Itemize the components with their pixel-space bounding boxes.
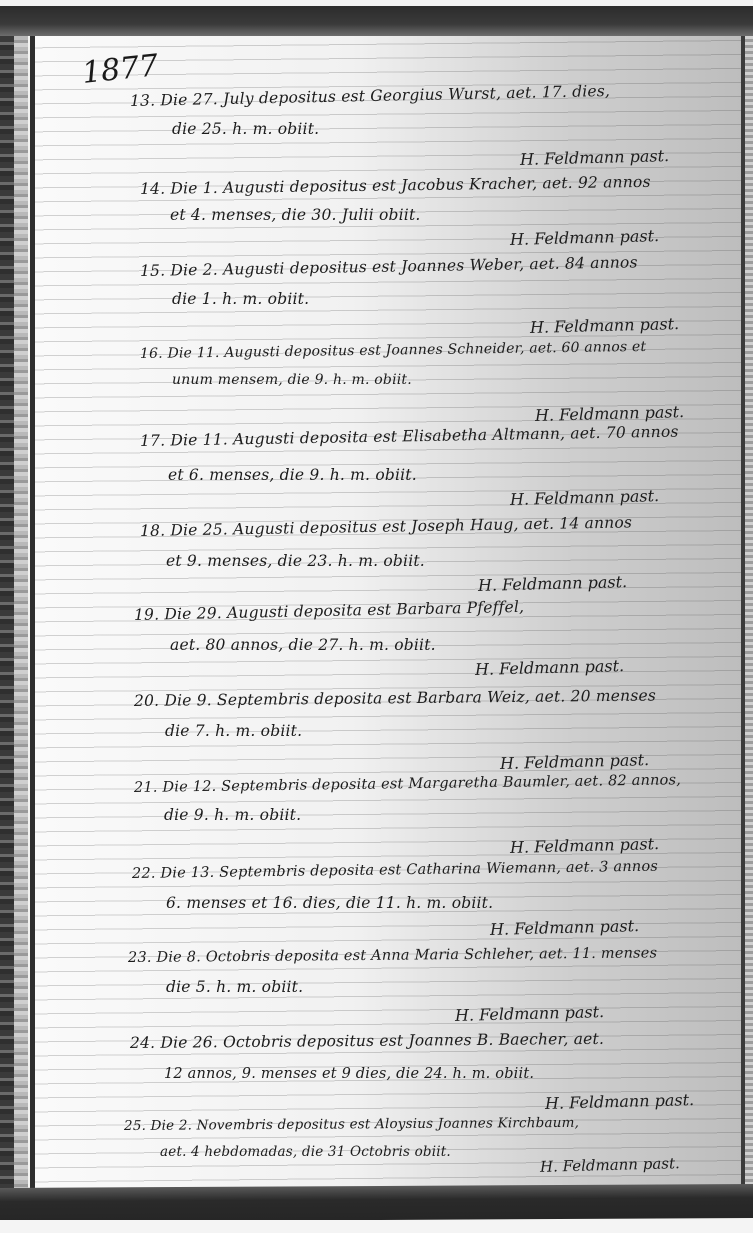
pastor-signature: H. Feldmann past.	[545, 1090, 695, 1113]
pastor-signature: H. Feldmann past.	[510, 226, 660, 249]
pastor-signature: H. Feldmann past.	[510, 486, 660, 509]
entry-line-2: 6. menses et 16. dies, die 11. h. m. obi…	[166, 894, 493, 912]
pastor-signature: H. Feldmann past.	[535, 402, 685, 425]
binding-strip	[0, 36, 14, 1196]
entry-number: 22.	[132, 866, 156, 882]
entry-line-2: 12 annos, 9. menses et 9 dies, die 24. h…	[164, 1066, 534, 1082]
entry-number: 15.	[140, 262, 166, 280]
entry-line-2: et 4. menses, die 30. Julii obiit.	[170, 206, 421, 224]
entry-line-2: et 6. menses, die 9. h. m. obiit.	[168, 466, 417, 484]
pastor-signature: H. Feldmann past.	[510, 834, 660, 857]
right-page-edge	[745, 36, 753, 1196]
scan-bottom-margin	[0, 1220, 753, 1233]
entry-line-2: die 5. h. m. obiit.	[166, 978, 303, 996]
entry-number: 13.	[130, 91, 156, 110]
pastor-signature: H. Feldmann past.	[455, 1002, 605, 1025]
entry-line-2: die 9. h. m. obiit.	[164, 806, 301, 824]
scan-top-border	[0, 6, 753, 36]
entry-line-2: unum mensem, die 9. h. m. obiit.	[172, 372, 412, 388]
binding-edge	[14, 36, 28, 1196]
pastor-signature: H. Feldmann past.	[500, 750, 650, 773]
entry-number: 23.	[128, 950, 152, 966]
pastor-signature: H. Feldmann past.	[475, 656, 625, 679]
entry-line-2: aet. 80 annos, die 27. h. m. obiit.	[170, 636, 436, 654]
entry-number: 19.	[134, 605, 160, 624]
pastor-signature: H. Feldmann past.	[530, 314, 680, 337]
entry-number: 20.	[134, 692, 159, 710]
pastor-signature: H. Feldmann past.	[478, 572, 628, 595]
pastor-signature: H. Feldmann past.	[490, 916, 640, 939]
entry-number: 16.	[140, 346, 163, 362]
entry-number: 14.	[140, 180, 166, 198]
entry-line-2: die 25. h. m. obiit.	[172, 120, 319, 138]
pastor-signature: H. Feldmann past.	[540, 1154, 680, 1176]
entry-number: 24.	[130, 1034, 155, 1052]
entry-number: 17.	[140, 432, 166, 450]
left-margin-rule	[30, 36, 35, 1196]
entry-line-2: die 7. h. m. obiit.	[165, 722, 302, 740]
entry-line-2: aet. 4 hebdomadas, die 31 Octobris obiit…	[160, 1144, 451, 1160]
entry-line-2: et 9. menses, die 23. h. m. obiit.	[166, 552, 425, 570]
scan-bottom-border	[0, 1184, 753, 1222]
entry-number: 18.	[140, 522, 166, 540]
entry-line-1: 25. Die 2. Novembris depositus est Aloys…	[124, 1115, 579, 1134]
entry-line-2: die 1. h. m. obiit.	[172, 290, 309, 308]
entry-number: 25.	[124, 1118, 146, 1134]
entry-number: 21.	[134, 780, 158, 796]
pastor-signature: H. Feldmann past.	[520, 146, 670, 169]
